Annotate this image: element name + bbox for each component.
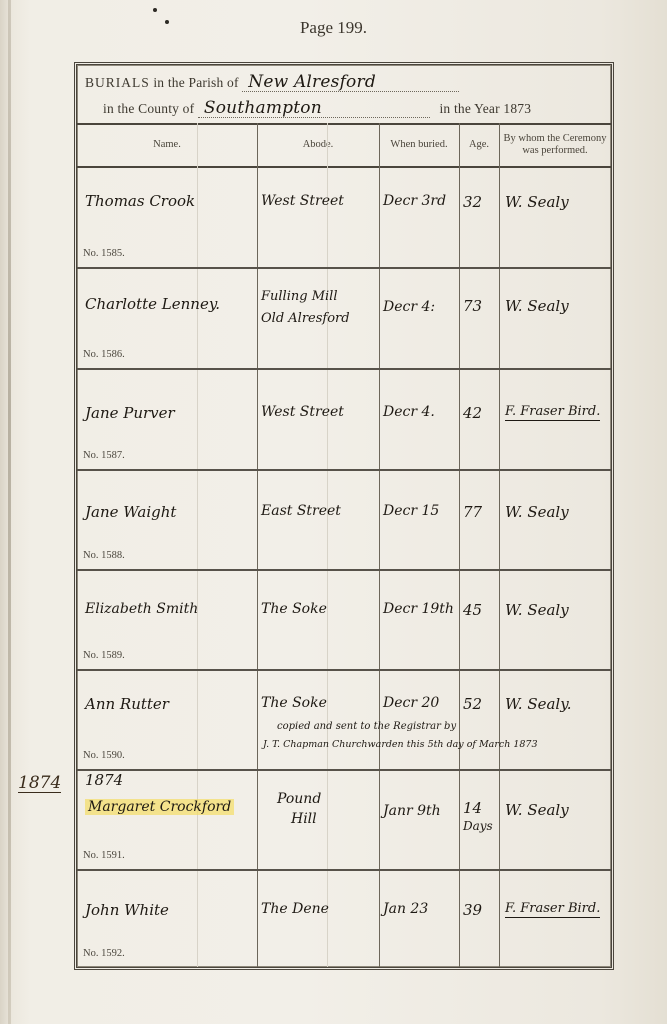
- entry-burial-date: Decr 4:: [383, 299, 435, 315]
- entry-number: No. 1585.: [83, 248, 125, 259]
- column-header-when-buried: When buried.: [379, 123, 459, 166]
- entry-burial-date: Decr 4.: [383, 404, 435, 420]
- entry-age: 52: [463, 695, 482, 713]
- burial-entry: Elizabeth Smith The Soke Decr 19th 45 W.…: [77, 569, 611, 671]
- entry-age: 45: [463, 601, 482, 619]
- register-heading: BURIALS in the Parish of New Alresford i…: [77, 65, 611, 125]
- county-label: in the County of: [103, 101, 194, 116]
- entry-age: 39: [463, 901, 482, 919]
- entry-abode-line2: Hill: [291, 811, 317, 827]
- entry-number: No. 1587.: [83, 450, 125, 461]
- entry-officiant: W. Sealy: [505, 297, 569, 315]
- burial-entry: Jane Waight East Street Decr 15 77 W. Se…: [77, 469, 611, 571]
- entry-abode-line2: Old Alresford: [261, 311, 350, 326]
- entry-name: Charlotte Lenney.: [85, 295, 220, 313]
- entry-number: No. 1591.: [83, 850, 125, 861]
- margin-year-note: 1874: [18, 774, 61, 793]
- column-header-officiant: By whom the Ceremony was performed.: [499, 123, 611, 166]
- entry-abode: Pound: [277, 791, 321, 807]
- entry-abode: The Dene: [261, 901, 329, 917]
- entry-burial-date: Decr 20: [383, 695, 439, 711]
- entry-year-note: 1874: [85, 771, 123, 789]
- county-value: Southampton: [198, 99, 430, 118]
- book-spine-shadow: [8, 0, 11, 1024]
- entry-burial-date: Decr 19th: [383, 601, 454, 617]
- entry-abode: West Street: [261, 404, 344, 420]
- column-headers: Name. Abode. When buried. Age. By whom t…: [77, 123, 611, 168]
- entries: Thomas Crook West Street Decr 3rd 32 W. …: [77, 166, 611, 967]
- entry-number: No. 1588.: [83, 550, 125, 561]
- registrar-copy-signature: J. T. Chapman Churchwarden this 5th day …: [263, 739, 538, 750]
- entry-abode: The Soke: [261, 695, 327, 711]
- entry-age: 14: [463, 799, 482, 817]
- entry-burial-date: Decr 3rd: [383, 193, 446, 209]
- burial-entry: Ann Rutter The Soke Decr 20 52 W. Sealy.…: [77, 669, 611, 771]
- entry-abode: The Soke: [261, 601, 327, 617]
- parish-line: BURIALS in the Parish of New Alresford: [85, 73, 459, 92]
- entry-age: 77: [463, 503, 482, 521]
- entry-officiant: W. Sealy.: [505, 695, 571, 713]
- entry-age-unit: Days: [463, 819, 493, 833]
- entry-number: No. 1590.: [83, 750, 125, 761]
- entry-number: No. 1592.: [83, 948, 125, 959]
- burial-register-table: BURIALS in the Parish of New Alresford i…: [74, 62, 614, 970]
- heading-burials: BURIALS: [85, 75, 150, 90]
- entry-abode: Fulling Mill: [261, 289, 337, 304]
- column-header-age: Age.: [459, 123, 499, 166]
- column-header-abode: Abode.: [257, 123, 379, 166]
- burial-entry: Charlotte Lenney. Fulling Mill Old Alres…: [77, 267, 611, 370]
- burial-entry: 1874 Margaret Crockford Pound Hill Janr …: [77, 769, 611, 871]
- county-line: in the County of Southampton in the Year…: [103, 99, 531, 118]
- parish-value: New Alresford: [242, 73, 459, 92]
- entry-abode: East Street: [261, 503, 341, 519]
- entry-age: 73: [463, 297, 482, 315]
- entry-age: 42: [463, 404, 482, 422]
- entry-name: Jane Waight: [85, 503, 176, 521]
- entry-burial-date: Decr 15: [383, 503, 439, 519]
- year-value: 1873: [503, 101, 531, 116]
- entry-officiant: W. Sealy: [505, 503, 569, 521]
- entry-officiant: W. Sealy: [505, 801, 569, 819]
- registrar-copy-note: copied and sent to the Registrar by: [277, 721, 456, 732]
- parish-label: in the Parish of: [153, 75, 238, 90]
- entry-name: Ann Rutter: [85, 695, 169, 713]
- entry-name: John White: [85, 901, 169, 919]
- page-number: Page 199.: [0, 18, 667, 38]
- entry-officiant: W. Sealy: [505, 601, 569, 619]
- entry-name: Thomas Crook: [85, 192, 195, 210]
- entry-age: 32: [463, 193, 482, 211]
- year-label: in the Year: [439, 101, 499, 116]
- entry-officiant: F. Fraser Bird.: [505, 901, 600, 918]
- entry-burial-date: Janr 9th: [383, 803, 441, 819]
- entry-officiant: W. Sealy: [505, 193, 569, 211]
- entry-abode: West Street: [261, 193, 344, 209]
- entry-number: No. 1589.: [83, 650, 125, 661]
- highlighted-name: Margaret Crockford: [85, 799, 234, 815]
- entry-name: Margaret Crockford: [85, 799, 234, 815]
- burial-entry: Thomas Crook West Street Decr 3rd 32 W. …: [77, 166, 611, 269]
- entry-name: Elizabeth Smith: [85, 601, 198, 617]
- entry-number: No. 1586.: [83, 349, 125, 360]
- entry-name: Jane Purver: [85, 404, 175, 422]
- entry-officiant: F. Fraser Bird.: [505, 404, 600, 421]
- burial-entry: John White The Dene Jan 23 39 F. Fraser …: [77, 869, 611, 967]
- ink-spot: [153, 8, 157, 12]
- column-header-name: Name.: [77, 123, 257, 166]
- burial-entry: Jane Purver West Street Decr 4. 42 F. Fr…: [77, 368, 611, 471]
- entry-burial-date: Jan 23: [383, 901, 428, 917]
